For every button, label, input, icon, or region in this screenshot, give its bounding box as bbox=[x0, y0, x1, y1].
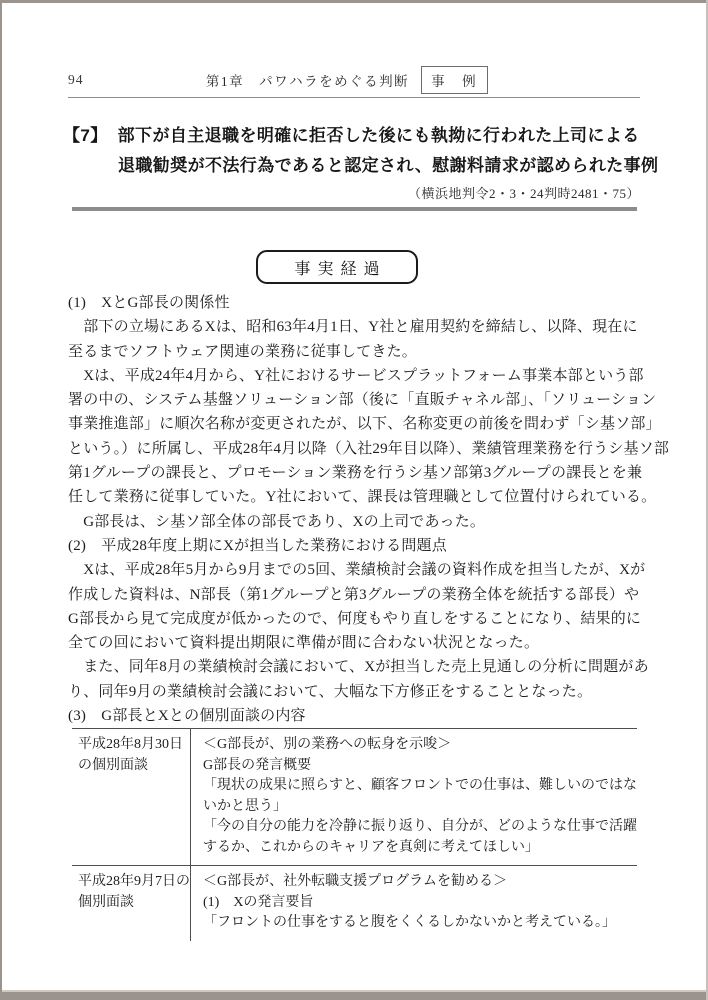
body-line: Xは、平成28年5月から9月までの5回、業績検討会議の資料作成を担当したが、Xが bbox=[68, 558, 646, 582]
book-page: 94 第1章 パワハラをめぐる判断 事 例 【7】部下が自主退職を明確に拒否した… bbox=[0, 0, 708, 1000]
case-citation: （横浜地判令2・3・24判時2481・75） bbox=[63, 183, 640, 205]
interview-content-line: 「今の自分の能力を冷静に振り返り、自分が、どのような仕事で活躍 bbox=[203, 817, 637, 838]
interview-content-line: するか、これからのキャリアを真剣に考えてほしい」 bbox=[203, 838, 637, 859]
table-row: 平成28年8月30日の個別面談＜G部長が、別の業務への転身を示唆＞G部長の発言概… bbox=[72, 728, 637, 865]
interview-date-line: 個別面談 bbox=[78, 893, 188, 914]
interview-content-cell: ＜G部長が、社外転職支援プログラムを勧める＞(1) Xの発言要旨「フロントの仕事… bbox=[190, 866, 637, 941]
page-scan-edge-bottom bbox=[0, 992, 708, 1000]
interview-table: 平成28年8月30日の個別面談＜G部長が、別の業務への転身を示唆＞G部長の発言概… bbox=[72, 728, 637, 941]
body-line: 至るまでソフトウェア関連の業務に従事してきた。 bbox=[68, 340, 646, 364]
case-title-block: 【7】部下が自主退職を明確に拒否した後にも執拗に行われた上司による 退職勧奨が不… bbox=[63, 121, 640, 205]
body-line: り、同年9月の業績検討会議において、大幅な下方修正をすることとなった。 bbox=[68, 680, 646, 704]
page-number: 94 bbox=[68, 72, 84, 88]
interview-content-line: ＜G部長が、別の業務への転身を示唆＞ bbox=[203, 735, 637, 756]
interview-content-line: 「現状の成果に照らすと、顧客フロントでの仕事は、難しいのではな bbox=[203, 776, 637, 797]
body-line: という。）に所属し、平成28年4月以降（入社29年目以降）、業績管理業務を行うシ… bbox=[68, 437, 646, 461]
case-number: 【7】 bbox=[63, 126, 108, 145]
body-line: G部長は、シ基ソ部全体の部長であり、Xの上司であった。 bbox=[68, 510, 646, 534]
running-head: 94 第1章 パワハラをめぐる判断 事 例 bbox=[68, 64, 640, 96]
section-heading-box: 事実経過 bbox=[256, 250, 418, 284]
body-line: (2) 平成28年度上期にXが担当した業務における問題点 bbox=[68, 534, 646, 558]
interview-content-line: (1) Xの発言要旨 bbox=[203, 893, 637, 914]
interview-date-cell: 平成28年8月30日の個別面談 bbox=[72, 729, 190, 865]
body-line: 作成した資料は、N部長（第1グループと第3グループの業務全体を統括する部長）や bbox=[68, 583, 646, 607]
interview-content-line: ＜G部長が、社外転職支援プログラムを勧める＞ bbox=[203, 872, 637, 893]
page-scan-edge-left bbox=[0, 0, 2, 1000]
interview-content-cell: ＜G部長が、別の業務への転身を示唆＞G部長の発言概要「現状の成果に照らすと、顧客… bbox=[190, 729, 637, 865]
interview-date-line: 平成28年9月7日の bbox=[78, 872, 188, 893]
case-title-line2: 退職勧奨が不法行為であると認定され、慰謝料請求が認められた事例 bbox=[63, 151, 640, 181]
page-scan-edge-top bbox=[0, 0, 708, 3]
interview-content-line: G部長の発言概要 bbox=[203, 756, 637, 777]
interview-date-line: の個別面談 bbox=[78, 756, 188, 777]
section-heading: 事実経過 bbox=[287, 256, 386, 279]
body-line: G部長から見て完成度が低かったので、何度もやり直しをすることになり、結果的に bbox=[68, 607, 646, 631]
chapter-title: 第1章 パワハラをめぐる判断 bbox=[206, 70, 409, 90]
body-line: 第1グループの課長と、プロモーション業務を行うシ基ソ部第3グループの課長とを兼 bbox=[68, 461, 646, 485]
case-title-text1: 部下が自主退職を明確に拒否した後にも執拗に行われた上司による bbox=[118, 126, 640, 145]
interview-content-line: いかと思う」 bbox=[203, 797, 637, 818]
interview-date-line: 平成28年8月30日 bbox=[78, 735, 188, 756]
case-type-badge: 事 例 bbox=[421, 66, 488, 94]
interview-content-line: 「フロントの仕事をすると腹をくくるしかないかと考えている。」 bbox=[203, 913, 637, 934]
body-text: (1) XとG部長の関係性 部下の立場にあるXは、昭和63年4月1日、Y社と雇用… bbox=[68, 291, 646, 728]
body-line: 部下の立場にあるXは、昭和63年4月1日、Y社と雇用契約を締結し、以降、現在に bbox=[68, 315, 646, 339]
body-line: 署の中の、システム基盤ソリューション部（後に「直販チャネル部」、「ソリューション bbox=[68, 388, 646, 412]
body-line: 任して業務に従事していた。Y社において、課長は管理職として位置付けられている。 bbox=[68, 485, 646, 509]
body-line: 全ての回において資料提出期限に準備が間に合わない状況となった。 bbox=[68, 631, 646, 655]
body-line: Xは、平成24年4月から、Y社におけるサービスプラットフォーム事業本部という部 bbox=[68, 364, 646, 388]
body-line: (1) XとG部長の関係性 bbox=[68, 291, 646, 315]
running-head-center: 第1章 パワハラをめぐる判断 事 例 bbox=[84, 66, 641, 94]
case-title-line1: 【7】部下が自主退職を明確に拒否した後にも執拗に行われた上司による bbox=[63, 121, 640, 151]
table-row: 平成28年9月7日の個別面談＜G部長が、社外転職支援プログラムを勧める＞(1) … bbox=[72, 865, 637, 941]
interview-date-cell: 平成28年9月7日の個別面談 bbox=[72, 866, 190, 941]
running-head-rule bbox=[68, 97, 640, 98]
body-line: また、同年8月の業績検討会議において、Xが担当した売上見通しの分析に問題があ bbox=[68, 655, 646, 679]
title-divider-rule bbox=[72, 207, 637, 211]
body-line: 事業推進部」に順次名称が変更されたが、以下、名称変更の前後を問わず「シ基ソ部」 bbox=[68, 412, 646, 436]
body-line: (3) G部長とXとの個別面談の内容 bbox=[68, 704, 646, 728]
